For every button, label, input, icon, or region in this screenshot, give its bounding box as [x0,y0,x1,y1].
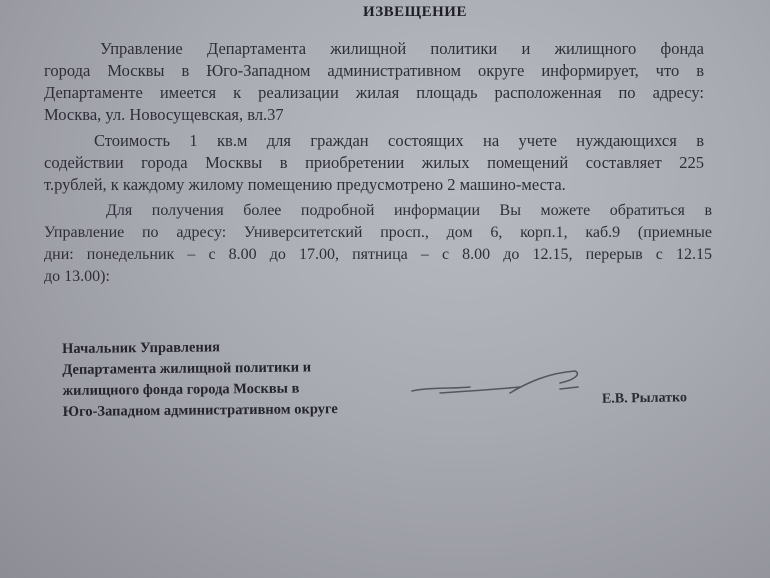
paragraph-line: Для получения более подробной информации… [44,200,712,222]
position-line: Начальник Управления [62,336,337,360]
paragraph-price: Стоимость 1 кв.м для граждан состоящих н… [44,130,704,196]
position-line: Департамента жилищной политики и [62,357,337,381]
paragraph-line: Управление Департамента жилищной политик… [44,38,704,60]
paragraph-line: города Москвы в Юго-Западном администрат… [44,60,704,82]
position-line: Юго-Западном административном округе [63,399,338,423]
signatory-position: Начальник Управления Департамента жилищн… [62,336,338,423]
paragraph-announcement: Управление Департамента жилищной политик… [44,38,704,126]
paragraph-line: Департаменте имеется к реализации жилая … [44,82,704,104]
paragraph-line: Москва, ул. Новосущевская, вл.37 [44,104,704,126]
document-title: ИЗВЕЩЕНИЕ [30,4,770,21]
paragraph-line: Стоимость 1 кв.м для граждан состоящих н… [44,130,704,152]
handwritten-signature-icon [410,365,590,405]
paragraph-line: дни: понедельник – с 8.00 до 17.00, пятн… [44,244,712,266]
position-line: жилищного фонда города Москвы в [62,378,337,402]
document-page: ИЗВЕЩЕНИЕ Управление Департамента жилищн… [0,0,770,578]
paragraph-line: т.рублей, к каждому жилому помещению пре… [44,174,704,196]
paragraph-contact-info: Для получения более подробной информации… [44,200,712,288]
signer-name: Е.В. Рылатко [602,390,687,407]
paragraph-line: до 13.00): [44,266,712,288]
paragraph-line: Управление по адресу: Университетский пр… [44,222,712,244]
paragraph-line: содействии города Москвы в приобретении … [44,152,704,174]
